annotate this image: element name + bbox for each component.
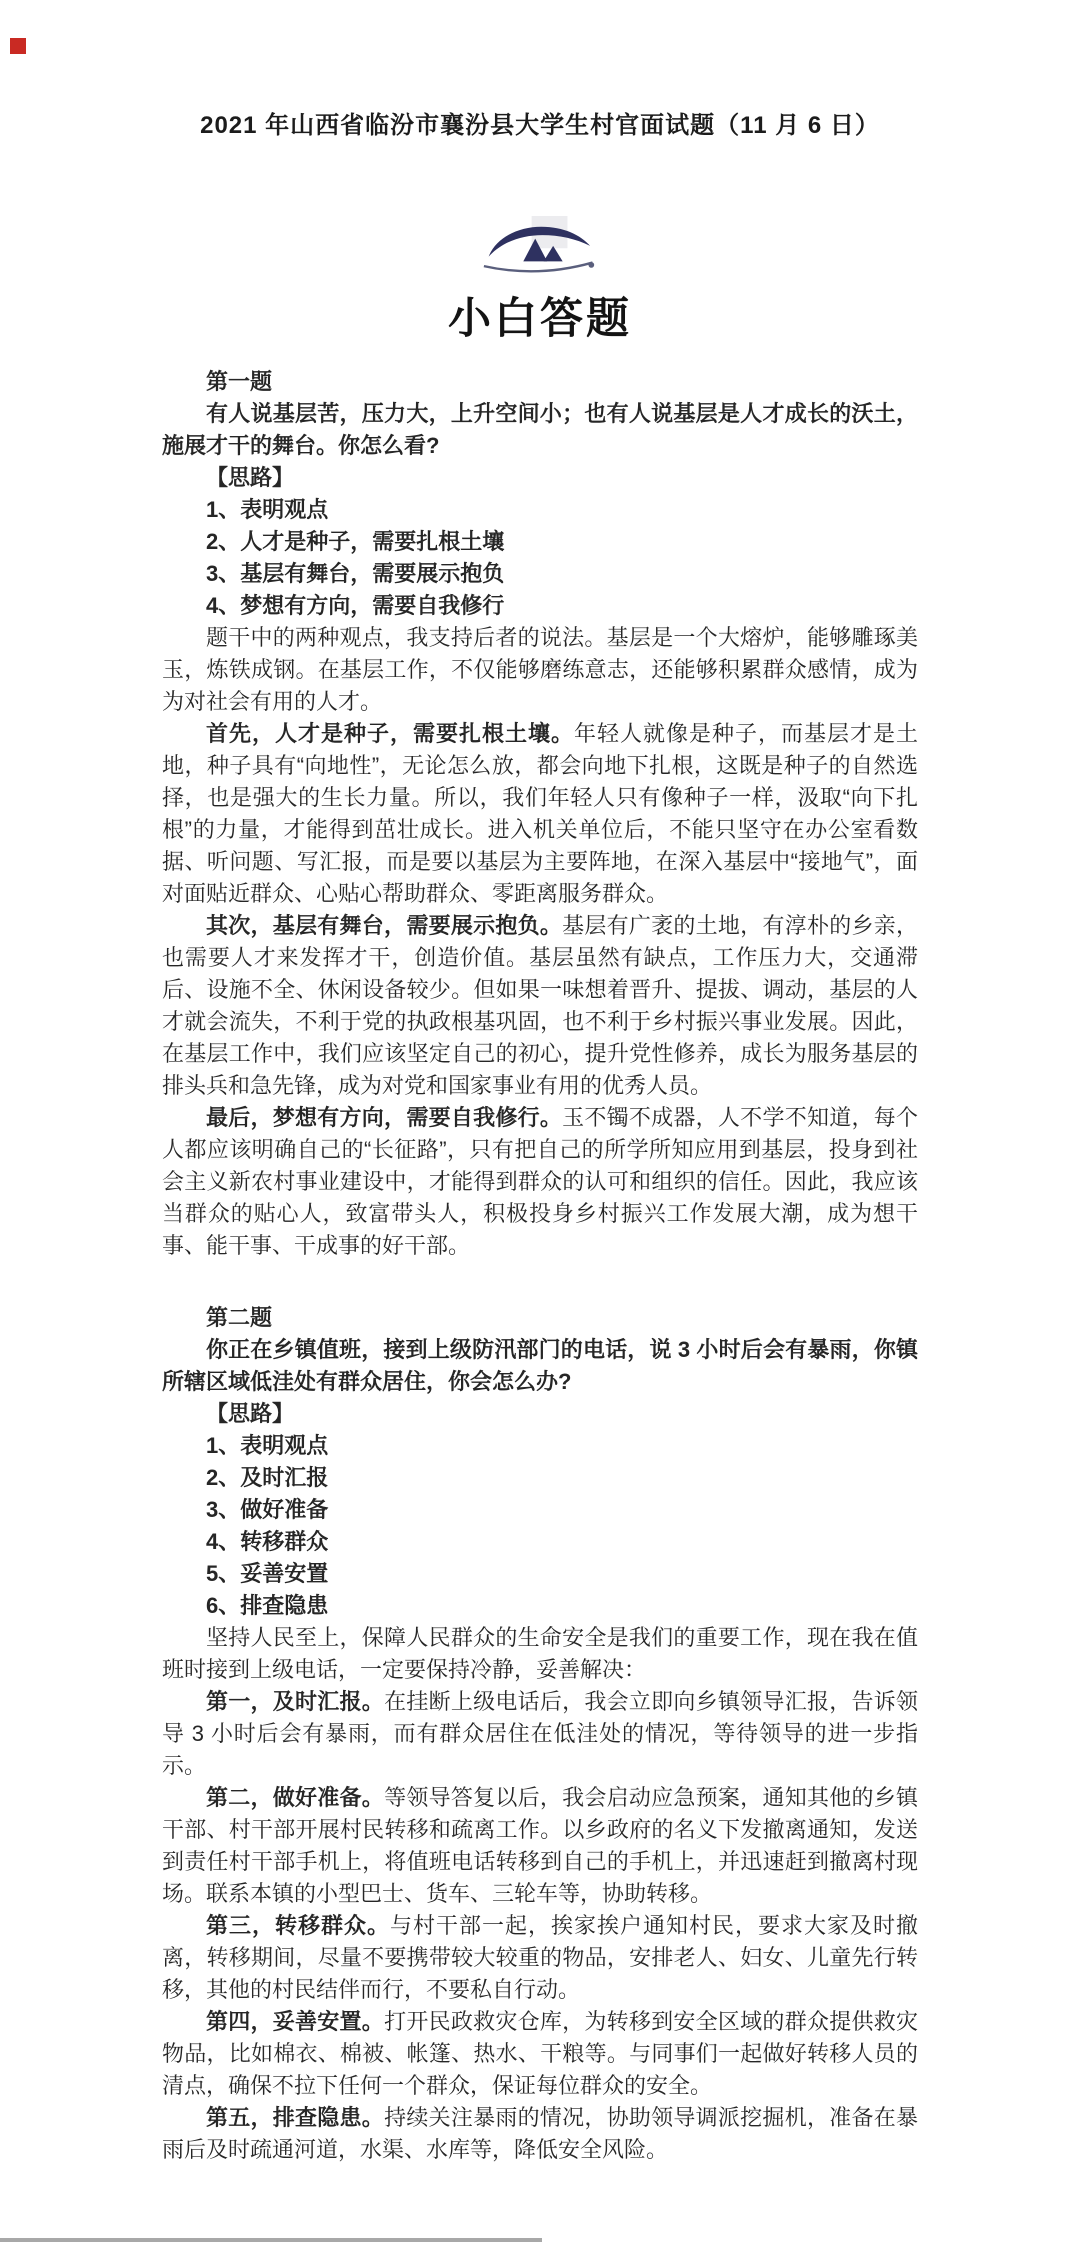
- outline-item: 3、基层有舞台，需要展示抱负: [162, 558, 918, 590]
- answer-paragraph: 第三，转移群众。与村干部一起，挨家挨户通知村民，要求大家及时撤离，转移期间，尽量…: [162, 1910, 918, 2006]
- paragraph-text: 基层有广袤的土地，有淳朴的乡亲，也需要人才来发挥才干，创造价值。基层虽然有缺点，…: [162, 913, 918, 1098]
- outline-item: 2、及时汇报: [162, 1462, 918, 1494]
- question-heading: 第二题: [162, 1302, 918, 1334]
- outline-item: 4、梦想有方向，需要自我修行: [162, 590, 918, 622]
- outline-item: 1、表明观点: [162, 1430, 918, 1462]
- outline-item: 1、表明观点: [162, 494, 918, 526]
- outline-item: 4、转移群众: [162, 1526, 918, 1558]
- paragraph-lead: 其次，基层有舞台，需要展示抱负。: [206, 913, 562, 938]
- question-text: 有人说基层苦，压力大，上升空间小；也有人说基层是人才成长的沃土，施展才干的舞台。…: [162, 398, 918, 462]
- paragraph-text: 坚持人民至上，保障人民群众的生命安全是我们的重要工作，现在我在值班时接到上级电话…: [162, 1625, 918, 1682]
- answer-paragraph: 第一，及时汇报。在挂断上级电话后，我会立即向乡镇领导汇报，告诉领导 3 小时后会…: [162, 1686, 918, 1782]
- document-body: 第一题有人说基层苦，压力大，上升空间小；也有人说基层是人才成长的沃土，施展才干的…: [162, 366, 918, 2166]
- answer-paragraph: 第五，排查隐患。持续关注暴雨的情况，协助领导调派挖掘机，准备在暴雨后及时疏通河道…: [162, 2102, 918, 2166]
- paragraph-lead: 第一，及时汇报。: [206, 1689, 384, 1714]
- outline-item: 5、妥善安置: [162, 1558, 918, 1590]
- question-heading: 第一题: [162, 366, 918, 398]
- answer-paragraph: 其次，基层有舞台，需要展示抱负。基层有广袤的土地，有淳朴的乡亲，也需要人才来发挥…: [162, 910, 918, 1102]
- question-section: 第一题有人说基层苦，压力大，上升空间小；也有人说基层是人才成长的沃土，施展才干的…: [162, 366, 918, 1262]
- outline-item: 3、做好准备: [162, 1494, 918, 1526]
- paragraph-lead: 第五，排查隐患。: [206, 2105, 384, 2130]
- page-title: 2021 年山西省临汾市襄汾县大学生村官面试题（11 月 6 日）: [0, 105, 1080, 140]
- xiaobai-logo-icon: [479, 216, 601, 290]
- outline-item: 6、排查隐患: [162, 1590, 918, 1622]
- paragraph-lead: 最后，梦想有方向，需要自我修行。: [206, 1105, 562, 1130]
- answer-paragraph: 第四，妥善安置。打开民政救灾仓库，为转移到安全区域的群众提供救灾物品，比如棉衣、…: [162, 2006, 918, 2102]
- answer-paragraph: 第二，做好准备。等领导答复以后，我会启动应急预案，通知其他的乡镇干部、村干部开展…: [162, 1782, 918, 1910]
- paragraph-lead: 首先，人才是种子，需要扎根土壤。: [206, 721, 574, 746]
- paragraph-text: 年轻人就像是种子，而基层才是土地，种子具有“向地性”，无论怎么放，都会向地下扎根…: [162, 721, 918, 906]
- outline-item: 2、人才是种子，需要扎根土壤: [162, 526, 918, 558]
- paragraph-lead: 第二，做好准备。: [206, 1785, 384, 1810]
- question-text: 你正在乡镇值班，接到上级防汛部门的电话，说 3 小时后会有暴雨，你镇所辖区域低洼…: [162, 1334, 918, 1398]
- brand-name: 小白答题: [0, 285, 1080, 346]
- answer-paragraph: 最后，梦想有方向，需要自我修行。玉不镯不成器，人不学不知道，每个人都应该明确自己…: [162, 1102, 918, 1262]
- paragraph-lead: 第四，妥善安置。: [206, 2009, 384, 2034]
- paragraph-lead: 第三，转移群众。: [206, 1913, 390, 1938]
- answer-paragraph: 坚持人民至上，保障人民群众的生命安全是我们的重要工作，现在我在值班时接到上级电话…: [162, 1622, 918, 1686]
- answer-paragraph: 首先，人才是种子，需要扎根土壤。年轻人就像是种子，而基层才是土地，种子具有“向地…: [162, 718, 918, 910]
- question-section: 第二题你正在乡镇值班，接到上级防汛部门的电话，说 3 小时后会有暴雨，你镇所辖区…: [162, 1302, 918, 2166]
- outline-label: 【思路】: [162, 1398, 918, 1430]
- red-marker-icon: [10, 38, 26, 54]
- answer-paragraph: 题干中的两种观点，我支持后者的说法。基层是一个大熔炉，能够雕琢美玉，炼铁成钢。在…: [162, 622, 918, 718]
- bottom-progress-bar: [0, 2238, 542, 2242]
- outline-label: 【思路】: [162, 462, 918, 494]
- paragraph-text: 题干中的两种观点，我支持后者的说法。基层是一个大熔炉，能够雕琢美玉，炼铁成钢。在…: [162, 625, 918, 714]
- brand-logo: [0, 216, 1080, 295]
